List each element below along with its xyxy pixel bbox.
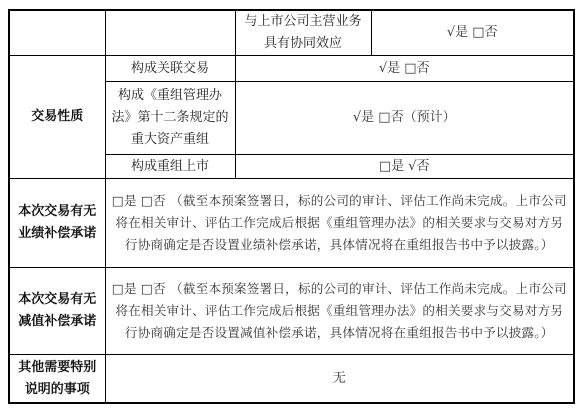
table-row-other-matters: 其他需要特别说明的事项 无 [9,355,574,404]
transaction-summary-table: 与上市公司主营业务具有协同效应 √是 □否 交易性质 构成关联交易 √是 □否 … [8,9,575,404]
empty-cell [105,10,235,56]
related-party-value: √是 □否 [235,56,574,82]
table-row-impairment-commitment: 本次交易有无减值补偿承诺 □是 □否 （截至本预案签署日，标的公司的审计、评估工… [9,268,574,355]
restructuring-listing-label: 构成重组上市 [105,155,235,179]
major-restructuring-label: 构成《重组管理办法》第十二条规定的重大资产重组 [105,82,235,155]
impairment-commitment-label: 本次交易有无减值补偿承诺 [9,268,105,355]
table-row-synergy: 与上市公司主营业务具有协同效应 √是 □否 [9,10,574,56]
synergy-value: √是 □否 [371,10,574,56]
table-row-performance-commitment: 本次交易有无业绩补偿承诺 □是 □否 （截至本预案签署日，标的公司的审计、评估工… [9,179,574,268]
empty-cell [9,10,105,56]
performance-commitment-label: 本次交易有无业绩补偿承诺 [9,179,105,268]
other-matters-label: 其他需要特别说明的事项 [9,355,105,404]
impairment-commitment-value: □是 □否 （截至本预案签署日，标的公司的审计、评估工作尚未完成。上市公司将在相… [105,268,574,355]
major-restructuring-value: √是 □否（预计） [235,82,574,155]
other-matters-value: 无 [105,355,574,404]
restructuring-listing-value: □是 √否 [235,155,574,179]
performance-commitment-value: □是 □否 （截至本预案签署日，标的公司的审计、评估工作尚未完成。上市公司将在相… [105,179,574,268]
table-row-related-party: 交易性质 构成关联交易 √是 □否 [9,56,574,82]
synergy-label: 与上市公司主营业务具有协同效应 [235,10,371,56]
related-party-label: 构成关联交易 [105,56,235,82]
trade-nature-label: 交易性质 [9,56,105,179]
